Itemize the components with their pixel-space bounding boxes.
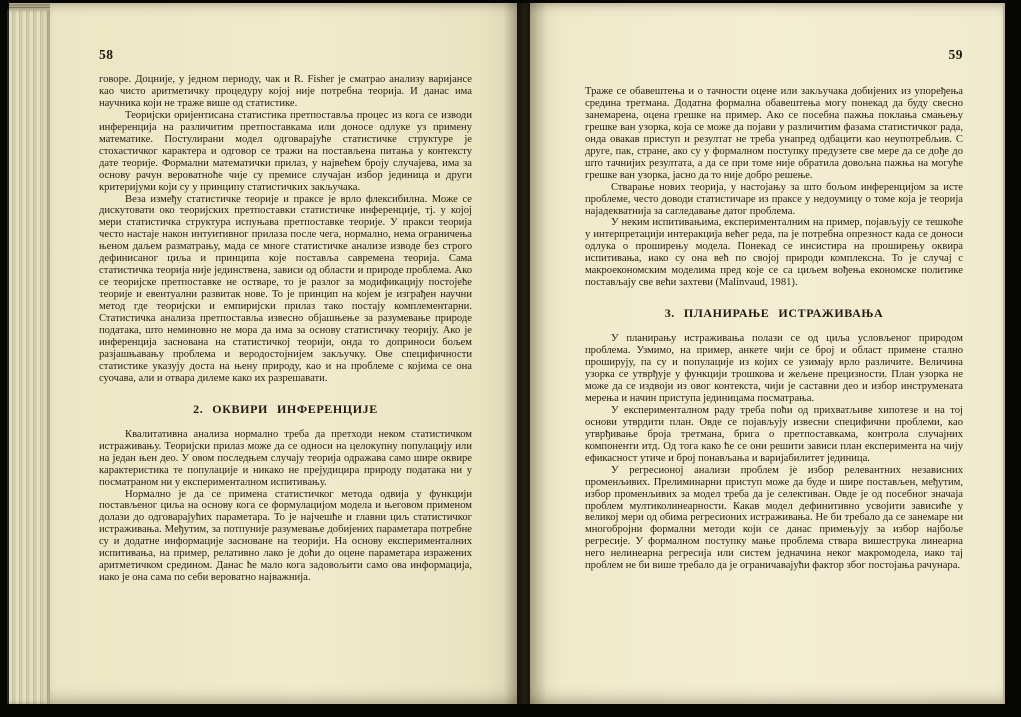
page-number-left: 58 bbox=[99, 47, 472, 63]
paragraph: У неким испитивањима, експерименталним н… bbox=[585, 217, 963, 289]
paragraph: Теоријски оријентисана статистика претпо… bbox=[99, 110, 472, 194]
right-page: 59 Траже се обавештења и о тачности оцен… bbox=[530, 3, 1005, 704]
paragraph: У регресионој анализи проблем је избор р… bbox=[585, 465, 963, 573]
left-page-content: говоре. Доцније, у једном периоду, чак и… bbox=[99, 74, 472, 584]
section-heading: 2. ОКВИРИ ИНФЕРЕНЦИЈЕ bbox=[99, 404, 472, 416]
section-heading: 3. ПЛАНИРАЊЕ ИСТРАЖИВАЊА bbox=[585, 308, 963, 320]
left-page: 58 говоре. Доцније, у једном периоду, ча… bbox=[50, 3, 517, 704]
page-edge-stack bbox=[7, 9, 52, 704]
paragraph: Траже се обавештења и о тачности оцене и… bbox=[585, 86, 963, 182]
paragraph: говоре. Доцније, у једном периоду, чак и… bbox=[99, 74, 472, 110]
paragraph: Нормално је да се примена статистичког м… bbox=[99, 489, 472, 585]
book-spread: 58 говоре. Доцније, у једном периоду, ча… bbox=[7, 3, 1003, 708]
paragraph: У планирању истраживања полази се од циљ… bbox=[585, 333, 963, 405]
paragraph: Веза између статистичке теорије и праксе… bbox=[99, 194, 472, 385]
right-page-content: Траже се обавештења и о тачности оцене и… bbox=[585, 86, 963, 572]
paragraph: Квалитативна анализа нормално треба да п… bbox=[99, 429, 472, 489]
page-number-right: 59 bbox=[585, 47, 963, 63]
paragraph: У експерименталном раду треба поћи од пр… bbox=[585, 405, 963, 465]
paragraph: Стварање нових теорија, у настојању за ш… bbox=[585, 182, 963, 218]
